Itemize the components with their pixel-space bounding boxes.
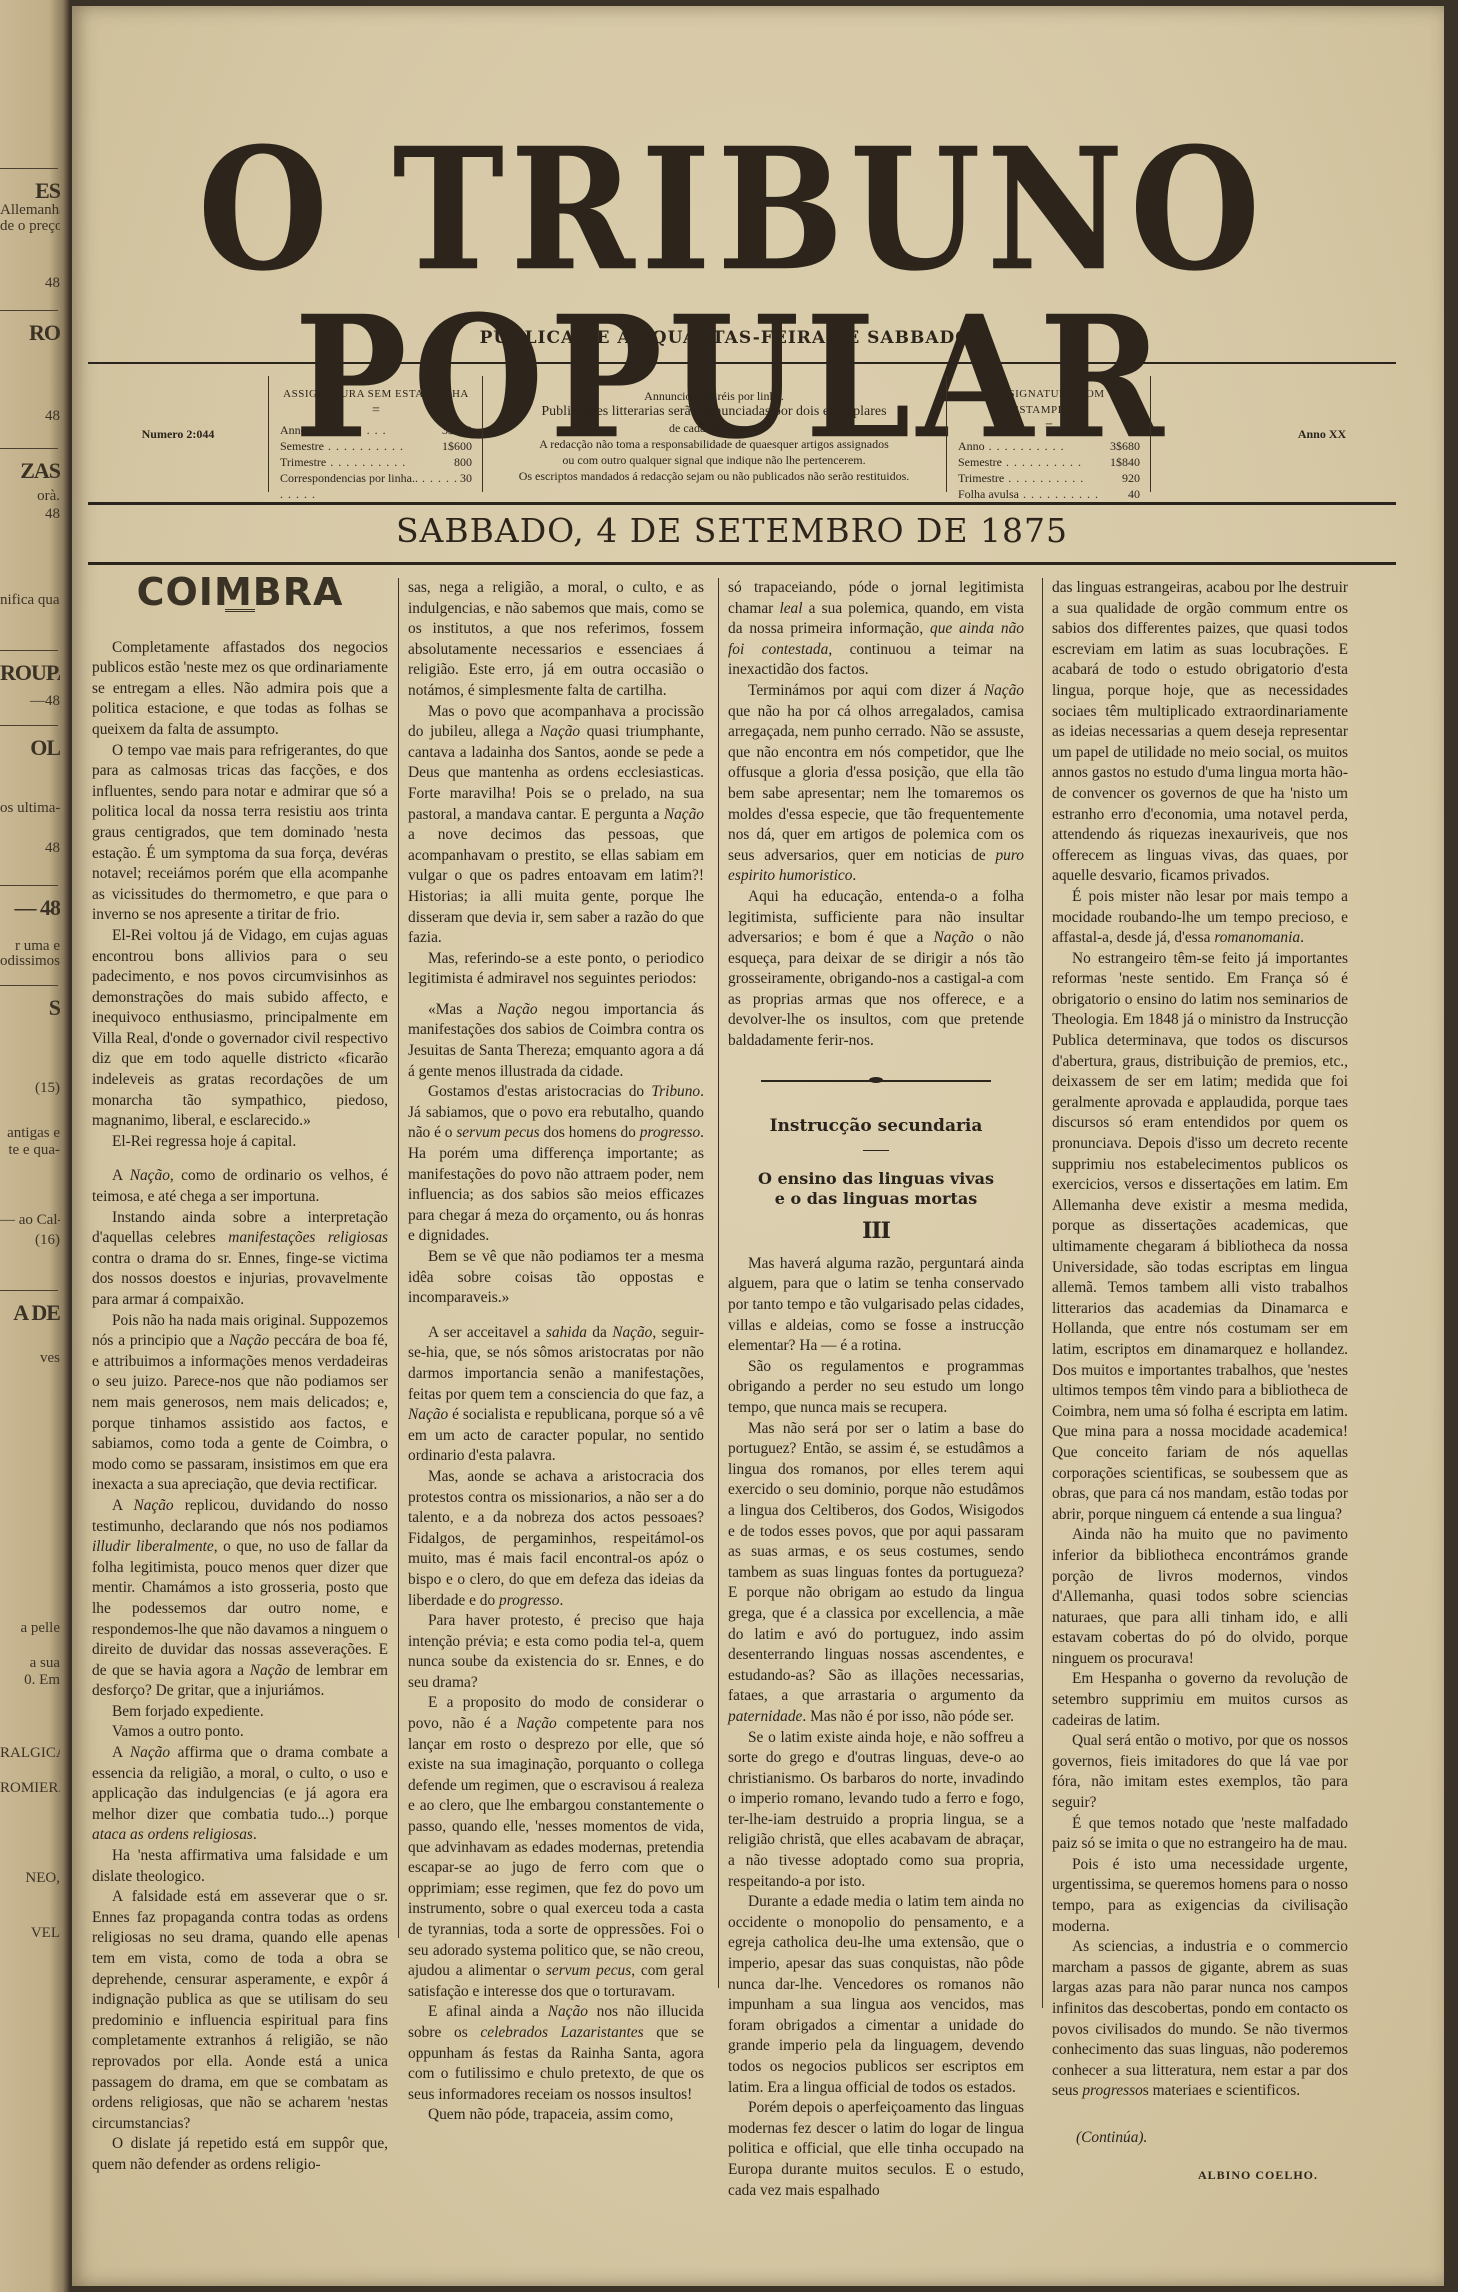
advertising-terms: Annuncios: 40 réis por linha.Publicações… — [484, 372, 944, 512]
subscription-without-stamp: ASSIGNATURA SEM ESTAMPILHA = Anno3$200Se… — [270, 372, 480, 496]
double-rule-icon: = — [958, 420, 1140, 434]
author-signature: ALBINO COELHO. — [1052, 2165, 1348, 2186]
paragraph: Pois é isto uma necessidade urgente, urg… — [1052, 1855, 1348, 1937]
subscription-info-bar: Numero 2:044 ASSIGNATURA SEM ESTAMPILHA … — [88, 372, 1396, 496]
paragraph: Bem se vê que não podiamos ter a mesma i… — [408, 1247, 704, 1309]
paragraph: Ainda não ha muito que no pavimento infe… — [1052, 1525, 1348, 1669]
article-columns: COIMBRA Completamente affastados dos neg… — [92, 578, 1392, 2218]
previous-page-fragment: NEO, — [0, 1870, 60, 1887]
divider — [482, 376, 483, 492]
price-label: Folha avulsa — [958, 486, 1099, 502]
rule — [0, 650, 58, 651]
paragraph: A Nação affirma que o drama combate a es… — [92, 1743, 388, 1846]
paragraph: El-Rei voltou já de Vidago, em cujas agu… — [92, 926, 388, 1132]
previous-page-fragment: ROMIER. — [0, 1780, 60, 1797]
article-body: só trapaceiando, póde o jornal legitimis… — [728, 578, 1024, 1052]
title-rule — [863, 1150, 889, 1151]
paragraph: Mas, aonde se achava a aristocracia dos … — [408, 1467, 704, 1611]
publication-schedule: PUBLICA-SE ÁS QUARTAS-FEIRAS E SABBADOS — [72, 328, 1392, 348]
paragraph: Quem não póde, trapaceia, assim como, — [408, 2105, 704, 2126]
previous-page-fragment: RO — [0, 320, 60, 346]
price-row: Trimestre800 — [280, 454, 472, 470]
price-row: Anno3$680 — [958, 438, 1140, 454]
paragraph: Pois não ha nada mais original. Suppozem… — [92, 1311, 388, 1496]
paragraph: E afinal ainda a Nação nos não illucida … — [408, 2002, 704, 2105]
issue-number: Numero 2:044 — [88, 372, 268, 496]
rule — [0, 985, 58, 986]
price-label: Trimestre — [280, 454, 406, 470]
previous-page-fragment: nifica qua- — [0, 592, 60, 609]
price-value: 920 — [1122, 470, 1140, 486]
divider — [1150, 376, 1151, 492]
paragraph: Se o latim existe ainda hoje, e não soff… — [728, 1728, 1024, 1893]
paragraph: Qual será então o motivo, por que os nos… — [1052, 1731, 1348, 1813]
previous-page-fragment: 48 — [0, 840, 60, 857]
double-rule-icon: = — [280, 404, 472, 418]
paragraph: Mas não será por ser o latim a base do p… — [728, 1419, 1024, 1728]
divider — [946, 376, 947, 492]
previous-page-fragment: ES — [0, 178, 60, 204]
subscription-title: ASSIGNATURA SEM ESTAMPILHA — [280, 386, 472, 402]
paragraph: É pois mister não lesar por mais tempo a… — [1052, 887, 1348, 949]
paragraph: das linguas estrangeiras, acabou por lhe… — [1052, 578, 1348, 887]
previous-page-fragment: 0. Em — [0, 1672, 60, 1689]
price-label: Trimestre — [958, 470, 1084, 486]
previous-page-edge: ESAllemanhade o preço48RO48ZASorà.48nifi… — [0, 0, 70, 2292]
paragraph: As sciencias, a industria e o commercio … — [1052, 1937, 1348, 2102]
previous-page-fragment: os ultima- — [0, 800, 60, 817]
price-value: 3$680 — [1110, 438, 1140, 454]
price-value: 30 — [460, 470, 472, 502]
part-number: III — [728, 1221, 1024, 1242]
paragraph: Em Hespanha o governo da revolução de se… — [1052, 1669, 1348, 1731]
column-rule — [398, 578, 399, 1938]
paragraph: A ser acceitavel a sahida da Nação, segu… — [408, 1323, 704, 1467]
rule — [0, 448, 58, 449]
paragraph: Porém depois o aperfeiçoamento das lingu… — [728, 2098, 1024, 2201]
paragraph: Instando ainda sobre a interpretação d'a… — [92, 1208, 388, 1311]
section-subtitle: O ensino das linguas vivas — [728, 1169, 1024, 1189]
previous-page-fragment: a sua — [0, 1655, 60, 1672]
newspaper-page: O TRIBUNO POPULAR PUBLICA-SE ÁS QUARTAS-… — [72, 6, 1444, 2286]
previous-page-fragment: S — [0, 995, 60, 1021]
column-3: só trapaceiando, póde o jornal legitimis… — [728, 578, 1024, 2201]
previous-page-fragment: —48 — [0, 693, 60, 710]
paragraph: Mas, referindo-se a este ponto, o period… — [408, 949, 704, 990]
article-body: Mas haverá alguma razão, perguntará aind… — [728, 1254, 1024, 2201]
price-value: 3$200 — [442, 422, 472, 438]
article-title-coimbra: COIMBRA — [92, 582, 388, 603]
ad-terms-line: de cada uma troca. — [484, 420, 944, 436]
section-subtitle: e o das linguas mortas — [728, 1189, 1024, 1209]
paragraph: Completamente affastados dos negocios pu… — [92, 638, 388, 741]
price-label: Correspondencias por linha.. — [280, 470, 460, 502]
previous-page-fragment: orà. — [0, 488, 60, 505]
paragraph: O dislate já repetido está em suppôr que… — [92, 2134, 388, 2175]
price-value: 1$840 — [1110, 454, 1140, 470]
paragraph: Mas o povo que acompanhava a procissão d… — [408, 702, 704, 949]
previous-page-fragment: ves — [0, 1350, 60, 1367]
paragraph: sas, nega a religião, a moral, o culto, … — [408, 578, 704, 702]
ad-terms-line: ou com outro qualquer signal que indique… — [484, 452, 944, 468]
paragraph: Aqui ha educação, entenda-o a folha legi… — [728, 887, 1024, 1052]
previous-page-fragment: antigas e — [0, 1125, 60, 1142]
column-4: das linguas estrangeiras, acabou por lhe… — [1052, 578, 1348, 2185]
article-body: sas, nega a religião, a moral, o culto, … — [408, 578, 704, 2126]
ad-terms-line: Os escriptos mandados á redacção sejam o… — [484, 468, 944, 484]
price-label: Anno — [958, 438, 1065, 454]
rule — [0, 725, 58, 726]
price-label: Semestre — [958, 454, 1082, 470]
column-rule — [1042, 578, 1043, 2008]
price-row: Folha avulsa40 — [958, 486, 1140, 502]
paragraph: A Nação replicou, duvidando do nosso tes… — [92, 1496, 388, 1702]
section-ornament-divider — [761, 1080, 991, 1086]
price-value: 40 — [1128, 486, 1140, 502]
paragraph: Durante a edade media o latim tem ainda … — [728, 1892, 1024, 2098]
previous-page-fragment: (15) — [0, 1080, 60, 1097]
previous-page-fragment: odissimos — [0, 953, 60, 970]
column-rule — [718, 578, 719, 1988]
rule — [0, 310, 58, 311]
paragraph: Mas haverá alguma razão, perguntará aind… — [728, 1254, 1024, 1357]
previous-page-fragment: Allemanha — [0, 202, 60, 219]
rule — [0, 168, 58, 169]
previous-page-fragment: OL — [0, 735, 60, 761]
ad-terms-line: A redacção não toma a responsabilidade d… — [484, 436, 944, 452]
rule — [88, 562, 1396, 565]
paragraph: Terminámos por aqui com dizer á Nação qu… — [728, 681, 1024, 887]
article-body: das linguas estrangeiras, acabou por lhe… — [1052, 578, 1348, 2102]
price-label: Anno — [280, 422, 387, 438]
paragraph: Ha 'nesta affirmativa uma falsidade e um… — [92, 1846, 388, 1887]
ad-terms-line: Publicações litterarias serão annunciada… — [484, 404, 944, 420]
column-2: sas, nega a religião, a moral, o culto, … — [408, 578, 704, 2126]
paragraph: Bem forjado expediente. — [92, 1702, 388, 1723]
previous-page-fragment: te e qua- — [0, 1142, 60, 1159]
paragraph: El-Rei regressa hoje á capital. — [92, 1132, 388, 1153]
paragraph: E a proposito do modo de considerar o po… — [408, 1693, 704, 2002]
previous-page-fragment: 48 — [0, 275, 60, 292]
volume-year: Anno XX — [1248, 372, 1396, 496]
previous-page-fragment: — ao Cal- — [0, 1212, 60, 1229]
price-row: Semestre1$840 — [958, 454, 1140, 470]
paragraph: Gostamos d'estas aristocracias do Tribun… — [408, 1082, 704, 1247]
paragraph: Vamos a outro ponto. — [92, 1722, 388, 1743]
previous-page-fragment: ZAS — [0, 458, 60, 484]
rule — [88, 362, 1396, 364]
column-1: COIMBRA Completamente affastados dos neg… — [92, 578, 388, 2176]
price-row: Anno3$200 — [280, 422, 472, 438]
previous-page-fragment: RALGICAS — [0, 1745, 60, 1762]
divider — [268, 376, 269, 492]
paragraph: No estrangeiro têm-se feito já important… — [1052, 949, 1348, 1526]
previous-page-fragment: 48 — [0, 506, 60, 523]
previous-page-fragment: ROUPA — [0, 660, 60, 686]
previous-page-fragment: de o preço — [0, 218, 60, 235]
rule — [0, 885, 58, 886]
article-body: Completamente affastados dos negocios pu… — [92, 638, 388, 2176]
previous-page-fragment: a pelle — [0, 1620, 60, 1637]
price-row: Correspondencias por linha..30 — [280, 470, 472, 502]
rule — [88, 502, 1396, 505]
previous-page-fragment: VEL — [0, 1925, 60, 1942]
paragraph: A falsidade está em asseverar que o sr. … — [92, 1887, 388, 2134]
price-label: Semestre — [280, 438, 404, 454]
paragraph: Para haver protesto, é preciso que haja … — [408, 1611, 704, 1693]
subscription-with-stamp: ASSIGNATURA COM ESTAMPILHA = Anno3$680Se… — [948, 372, 1148, 496]
paragraph: «Mas a Nação negou importancia ás manife… — [408, 1000, 704, 1082]
subscription-title: ASSIGNATURA COM ESTAMPILHA — [958, 386, 1140, 418]
previous-page-fragment: (16) — [0, 1232, 60, 1249]
previous-page-fragment: A DE — [0, 1300, 60, 1326]
rule — [0, 1290, 58, 1291]
dateline: SABBADO, 4 DE SETEMBRO DE 1875 — [72, 511, 1392, 550]
price-row: Semestre1$600 — [280, 438, 472, 454]
previous-page-fragment: — 48 — [0, 895, 60, 921]
previous-page-fragment: 48 — [0, 408, 60, 425]
section-title: Instrucção secundaria — [728, 1116, 1024, 1137]
price-value: 800 — [454, 454, 472, 470]
paragraph: A Nação, como de ordinario os velhos, é … — [92, 1166, 388, 1207]
ad-terms-line: Annuncios: 40 réis por linha. — [484, 388, 944, 404]
paragraph: só trapaceiando, póde o jornal legitimis… — [728, 578, 1024, 681]
paragraph: São os regulamentos e programmas obrigan… — [728, 1357, 1024, 1419]
paragraph: É que temos notado que 'neste malfadado … — [1052, 1814, 1348, 1855]
price-row: Trimestre920 — [958, 470, 1140, 486]
price-value: 1$600 — [442, 438, 472, 454]
continued-note: (Continúa). — [1052, 2128, 1348, 2149]
paragraph: O tempo vae mais para refrigerantes, do … — [92, 741, 388, 926]
